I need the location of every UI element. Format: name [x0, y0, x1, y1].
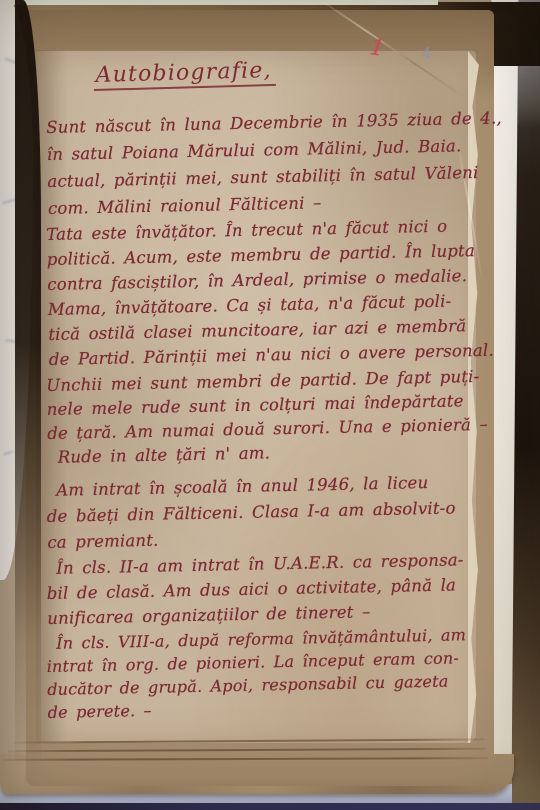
paragraph-school: Am intrat în școală în anul 1946, la lic…: [46, 469, 456, 556]
document-title: Autobiografie,: [93, 58, 276, 91]
paragraph-pioneers: În cls. VIII-a, după reforma învățământu…: [46, 623, 468, 724]
paragraph-birth: Sunt născut în luna Decembrie în 1935 zi…: [46, 104, 504, 222]
paragraph-uaer: În cls. II-a am intrat în U.A.E.R. ca re…: [46, 547, 465, 631]
handwriting-layer: 1 4 Autobiografie, Sunt născut în luna D…: [0, 0, 540, 810]
paragraph-relatives: Unchii mei sunt membri de partid. De fap…: [46, 365, 489, 470]
paragraph-parents: Tata este învățător. În trecut n'a făcut…: [46, 213, 494, 372]
photo-scene: 1 4 Autobiografie, Sunt născut în luna D…: [0, 0, 540, 810]
pencil-corner-mark: 4: [420, 43, 433, 63]
page-number: 1: [368, 35, 386, 62]
